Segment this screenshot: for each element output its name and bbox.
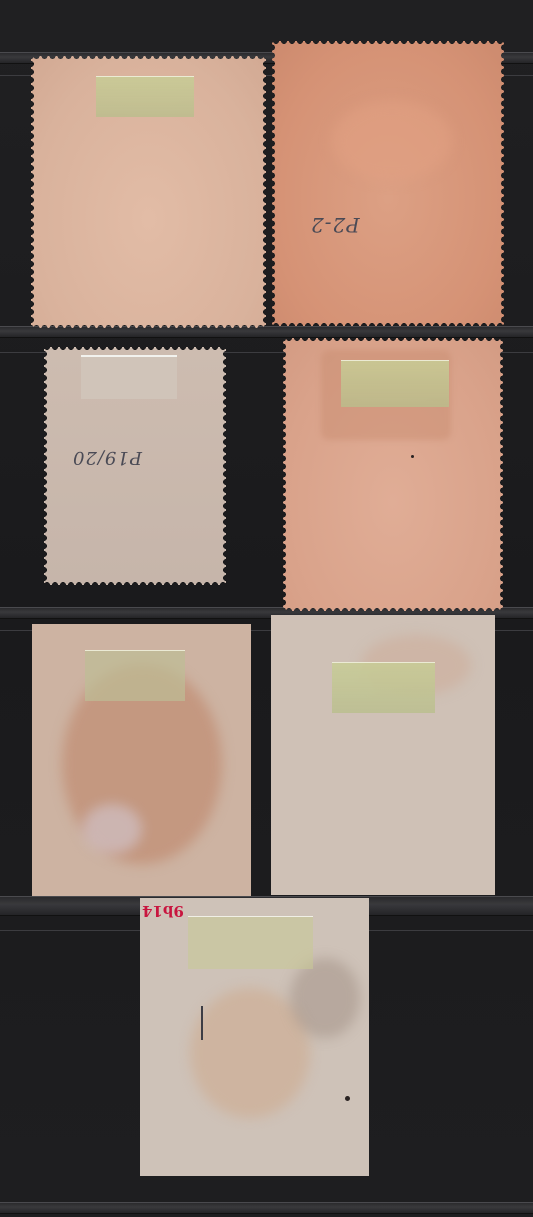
stamp-back: P2-2 (272, 41, 504, 326)
stamp-hinge (81, 355, 177, 399)
stamp-hinge (188, 916, 313, 969)
stamp-back: P19/20 (44, 347, 226, 585)
stamp-back (32, 624, 251, 896)
pencil-annotation: P19/20 (72, 447, 142, 468)
stock-card-strip (0, 1202, 533, 1214)
stamp-hinge (332, 662, 435, 713)
stamp-back: 9b14 (140, 898, 369, 1176)
pencil-annotation: P2-2 (310, 213, 360, 237)
stamp-back (31, 56, 266, 328)
pencil-mark (201, 1006, 203, 1040)
red-ink-mark: 9b14 (142, 902, 184, 920)
stamp-back (283, 338, 503, 611)
stamp-hinge (341, 360, 449, 407)
stamp-hinge (85, 650, 185, 701)
stamp-hinge (96, 76, 194, 117)
stamp-back (271, 615, 495, 895)
